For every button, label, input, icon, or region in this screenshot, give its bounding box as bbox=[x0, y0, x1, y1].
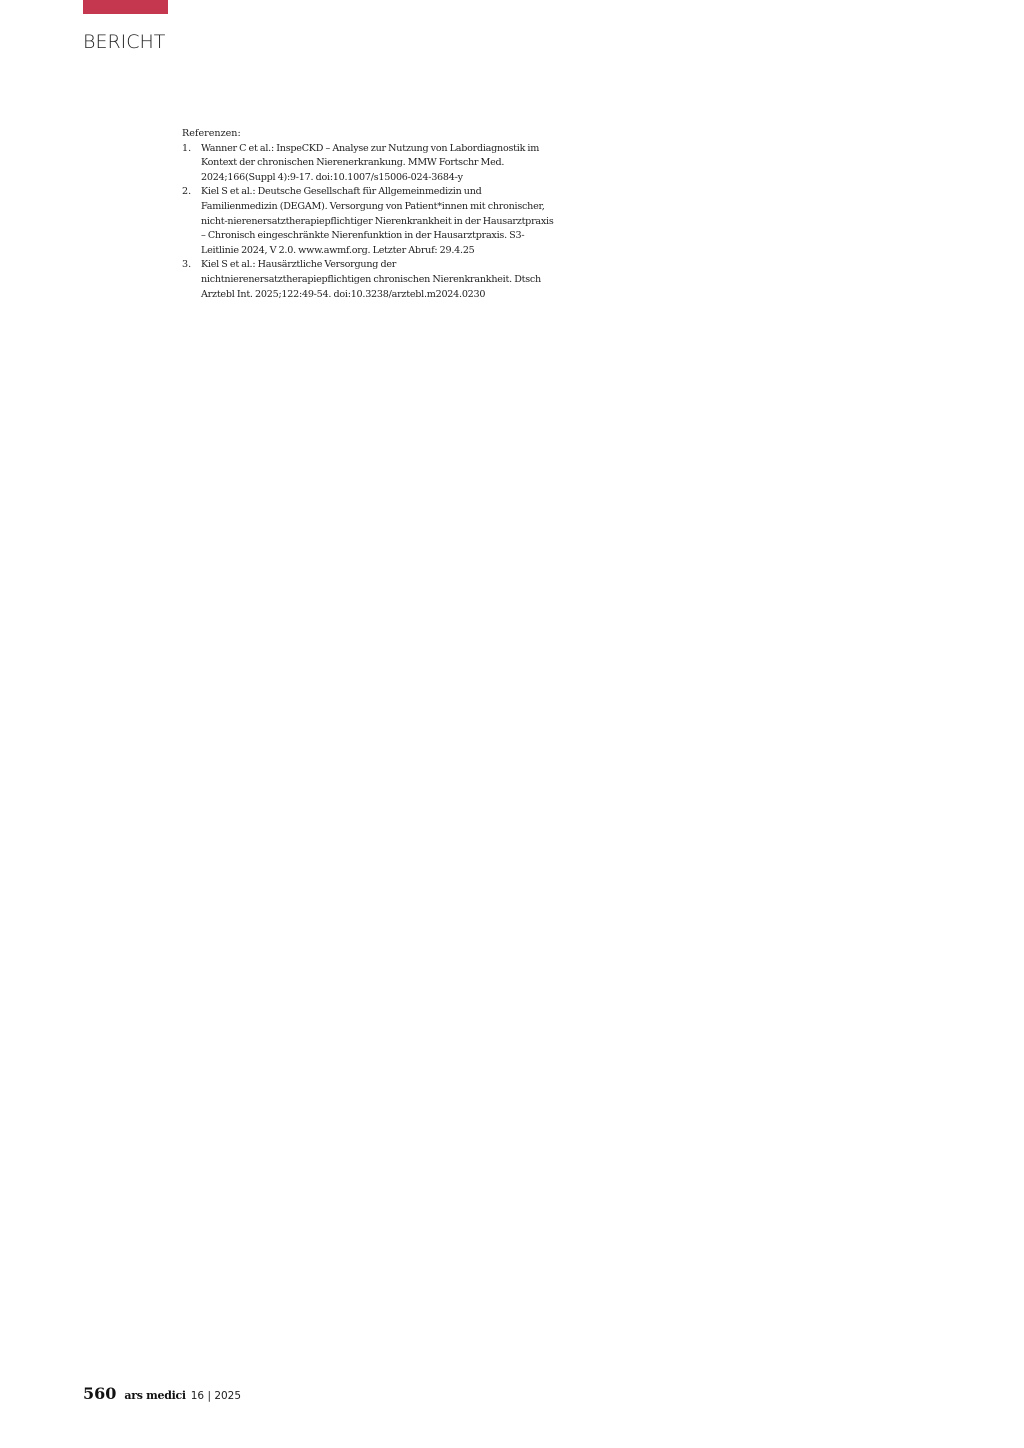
page-footer: 560 ars medici 16 | 2025 bbox=[83, 1384, 241, 1403]
reference-number: 2. bbox=[182, 185, 201, 258]
reference-item: 1. Wanner C et al.: InspeCKD – Analyse z… bbox=[182, 142, 554, 186]
references-list: 1. Wanner C et al.: InspeCKD – Analyse z… bbox=[182, 142, 554, 303]
section-label: BERICHT bbox=[83, 30, 165, 54]
reference-text: Kiel S et al.: Hausärztliche Versorgung … bbox=[201, 258, 554, 302]
reference-number: 1. bbox=[182, 142, 201, 186]
reference-text: Wanner C et al.: InspeCKD – Analyse zur … bbox=[201, 142, 554, 186]
references-heading: Referenzen: bbox=[182, 127, 554, 142]
journal-name: ars medici bbox=[124, 1389, 185, 1402]
section-accent-bar bbox=[83, 0, 168, 14]
reference-item: 3. Kiel S et al.: Hausärztliche Versorgu… bbox=[182, 258, 554, 302]
references-section: Referenzen: 1. Wanner C et al.: InspeCKD… bbox=[182, 127, 554, 302]
page-number: 560 bbox=[83, 1384, 116, 1403]
reference-text: Kiel S et al.: Deutsche Gesellschaft für… bbox=[201, 185, 554, 258]
issue-label: 16 | 2025 bbox=[191, 1390, 241, 1402]
reference-item: 2. Kiel S et al.: Deutsche Gesellschaft … bbox=[182, 185, 554, 258]
reference-number: 3. bbox=[182, 258, 201, 302]
